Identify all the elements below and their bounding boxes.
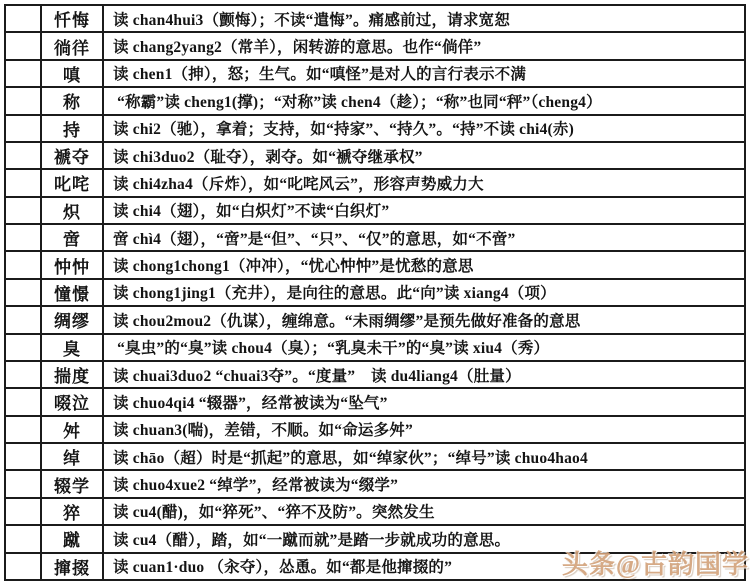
index-cell [6, 280, 42, 305]
explanation-cell: 读 chuo4xue2 “绰学”，经常被读为“缀学” [104, 471, 744, 496]
explanation-cell: 读 chong1jing1（充井），是向往的意思。此“向”读 xiang4（项） [104, 280, 744, 305]
explanation-cell: 读 chan4hui3（颤悔）；不读“遣悔”。痛感前过，请求宽恕 [104, 6, 744, 31]
character-cell: 辍学 [42, 471, 104, 496]
index-cell [6, 252, 42, 277]
character-cell: 绰 [42, 444, 104, 469]
table-row: 炽读 chi4（翅），如“白炽灯”不读“白织灯” [6, 198, 744, 225]
character-cell: 啜泣 [42, 389, 104, 414]
table-row: 猝读 cu4(醋)，如“猝死”、“猝不及防”。突然发生 [6, 499, 744, 526]
table-row: 称 “称霸”读 cheng1(撑)；“对称”读 chen4（趁）；“称”也同“秤… [6, 88, 744, 115]
character-cell: 叱咤 [42, 170, 104, 195]
character-cell: 忡忡 [42, 252, 104, 277]
index-cell [6, 116, 42, 141]
index-cell [6, 417, 42, 442]
explanation-cell: 读 cuan1·duo （汆夺），怂恿。如“都是他撺掇的” [104, 554, 744, 579]
index-cell [6, 499, 42, 524]
index-cell [6, 6, 42, 31]
table-row: 绸缪读 chou2mou2（仇谋），缠绵意。“未雨绸缪”是预先做好准备的意思 [6, 307, 744, 334]
explanation-cell: 读 chi2（驰），拿着；支持，如“持家”、“持久”。“持”不读 chi4(赤) [104, 116, 744, 141]
explanation-cell: 读 chi4zha4（斥炸），如“叱咤风云”，形容声势威力大 [104, 170, 744, 195]
character-cell: 忏悔 [42, 6, 104, 31]
index-cell [6, 143, 42, 168]
table-row: 憧憬读 chong1jing1（充井），是向往的意思。此“向”读 xiang4（… [6, 280, 744, 307]
character-cell: 褫夺 [42, 143, 104, 168]
index-cell [6, 170, 42, 195]
index-cell [6, 198, 42, 223]
index-cell [6, 526, 42, 551]
index-cell [6, 61, 42, 86]
index-cell [6, 362, 42, 387]
character-cell: 徜徉 [42, 33, 104, 58]
page: 忏悔读 chan4hui3（颤悔）；不读“遣悔”。痛感前过，请求宽恕徜徉读 ch… [0, 0, 750, 585]
index-cell [6, 444, 42, 469]
character-cell: 称 [42, 88, 104, 113]
character-cell: 啻 [42, 225, 104, 250]
table-row: 徜徉读 chang2yang2（常羊），闲转游的意思。也作“倘佯” [6, 33, 744, 60]
explanation-cell: 读 chi3duo2（耻夺），剥夺。如“褫夺继承权” [104, 143, 744, 168]
explanation-cell: 读 chong1chong1（冲冲），“忧心忡忡”是忧愁的意思 [104, 252, 744, 277]
explanation-cell: 读 cu4(醋)，如“猝死”、“猝不及防”。突然发生 [104, 499, 744, 524]
explanation-cell: 读 chuan3(喘)，差错，不顺。如“命运多舛” [104, 417, 744, 442]
table-row: 辍学读 chuo4xue2 “绰学”，经常被读为“缀学” [6, 471, 744, 498]
table-row: 臭 “臭虫”的“臭”读 chou4（臭）；“乳臭未干”的“臭”读 xiu4（秀） [6, 335, 744, 362]
table-row: 嗔读 chen1（抻），怒；生气。如“嗔怪”是对人的言行表示不满 [6, 61, 744, 88]
character-cell: 臭 [42, 335, 104, 360]
character-cell: 揣度 [42, 362, 104, 387]
explanation-cell: 读 chuo4qi4 “辍器”，经常被读为“坠气” [104, 389, 744, 414]
explanation-cell: 读 chāo（超）时是“抓起”的意思，如“绰家伙”；“绰号”读 chuo4hao… [104, 444, 744, 469]
table-row: 忡忡读 chong1chong1（冲冲），“忧心忡忡”是忧愁的意思 [6, 252, 744, 279]
table-row: 蹴读 cu4（醋），踏，如“一蹴而就”是踏一步就成功的意思。 [6, 526, 744, 553]
character-cell: 撺掇 [42, 554, 104, 579]
table-row: 忏悔读 chan4hui3（颤悔）；不读“遣悔”。痛感前过，请求宽恕 [6, 6, 744, 33]
table-row: 持读 chi2（驰），拿着；支持，如“持家”、“持久”。“持”不读 chi4(赤… [6, 116, 744, 143]
index-cell [6, 554, 42, 579]
explanation-cell: 读 cu4（醋），踏，如“一蹴而就”是踏一步就成功的意思。 [104, 526, 744, 551]
explanation-cell: “臭虫”的“臭”读 chou4（臭）；“乳臭未干”的“臭”读 xiu4（秀） [104, 335, 744, 360]
character-cell: 炽 [42, 198, 104, 223]
explanation-cell: 读 chuai3duo2 “chuai3夺”。“度量” 读 du4liang4（… [104, 362, 744, 387]
explanation-cell: 读 chen1（抻），怒；生气。如“嗔怪”是对人的言行表示不满 [104, 61, 744, 86]
character-cell: 绸缪 [42, 307, 104, 332]
index-cell [6, 307, 42, 332]
table-row: 褫夺读 chi3duo2（耻夺），剥夺。如“褫夺继承权” [6, 143, 744, 170]
table-row: 绰读 chāo（超）时是“抓起”的意思，如“绰家伙”；“绰号”读 chuo4ha… [6, 444, 744, 471]
index-cell [6, 389, 42, 414]
index-cell [6, 471, 42, 496]
character-cell: 猝 [42, 499, 104, 524]
index-cell [6, 225, 42, 250]
index-cell [6, 88, 42, 113]
character-cell: 舛 [42, 417, 104, 442]
explanation-cell: 读 chi4（翅），如“白炽灯”不读“白织灯” [104, 198, 744, 223]
table-row: 撺掇读 cuan1·duo （汆夺），怂恿。如“都是他撺掇的” [6, 554, 744, 579]
explanation-cell: 读 chang2yang2（常羊），闲转游的意思。也作“倘佯” [104, 33, 744, 58]
table-row: 叱咤读 chi4zha4（斥炸），如“叱咤风云”，形容声势威力大 [6, 170, 744, 197]
explanation-cell: 读 chou2mou2（仇谋），缠绵意。“未雨绸缪”是预先做好准备的意思 [104, 307, 744, 332]
table-row: 啻啻 chì4（翅），“啻”是“但”、“只”、“仅”的意思，如“不啻” [6, 225, 744, 252]
explanation-cell: “称霸”读 cheng1(撑)；“对称”读 chen4（趁）；“称”也同“秤”（… [104, 88, 744, 113]
character-cell: 憧憬 [42, 280, 104, 305]
index-cell [6, 33, 42, 58]
index-cell [6, 335, 42, 360]
character-cell: 蹴 [42, 526, 104, 551]
character-cell: 嗔 [42, 61, 104, 86]
table-row: 啜泣读 chuo4qi4 “辍器”，经常被读为“坠气” [6, 389, 744, 416]
table-row: 揣度读 chuai3duo2 “chuai3夺”。“度量” 读 du4liang… [6, 362, 744, 389]
explanation-cell: 啻 chì4（翅），“啻”是“但”、“只”、“仅”的意思，如“不啻” [104, 225, 744, 250]
character-cell: 持 [42, 116, 104, 141]
table-row: 舛读 chuan3(喘)，差错，不顺。如“命运多舛” [6, 417, 744, 444]
pronunciation-table: 忏悔读 chan4hui3（颤悔）；不读“遣悔”。痛感前过，请求宽恕徜徉读 ch… [4, 4, 746, 581]
